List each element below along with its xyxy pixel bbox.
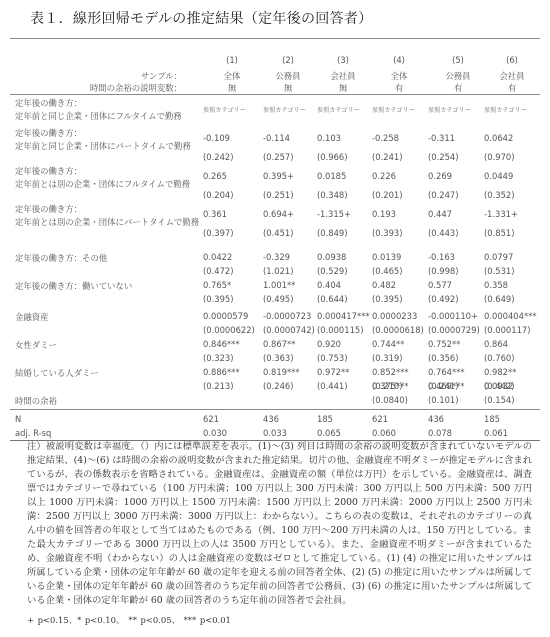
table-top-rule <box>10 38 540 39</box>
standard-error: (0.395) <box>203 294 234 304</box>
coefficient: -0.311 <box>428 133 455 143</box>
coefficient: 0.482 <box>372 280 396 290</box>
time-var-value: 有 <box>371 82 427 94</box>
coefficient: 0.765* <box>203 280 231 290</box>
coefficient: 0.852*** <box>372 367 409 377</box>
coefficient: 0.0185 <box>317 171 346 181</box>
column-number: (2) <box>260 55 316 65</box>
time-var-label: 時間の余裕の説明変数： <box>90 82 182 94</box>
coefficient: -0.163 <box>428 252 455 262</box>
row-label: 女性ダミー <box>15 339 57 351</box>
coefficient: 0.395+ <box>263 171 294 181</box>
standard-error: (0.356) <box>428 353 459 363</box>
stats-rule <box>10 409 540 410</box>
sample-label: サンプル： <box>141 70 182 82</box>
table-notes: 注）被説明変数は幸福度。（）内には標準誤差を表示。(1)～(3) 列目は時間の余… <box>27 440 532 608</box>
column-number: (4) <box>371 55 427 65</box>
standard-error: (0.0000622) <box>203 325 255 335</box>
standard-error: (0.529) <box>317 266 348 276</box>
column-number: (6) <box>484 55 540 65</box>
coefficient: 0.764*** <box>428 367 465 377</box>
standard-error: (0.649) <box>484 294 515 304</box>
row-label: 結婚している人ダミー <box>15 367 99 379</box>
standard-error: (1.021) <box>263 266 294 276</box>
standard-error: (0.257) <box>263 152 294 162</box>
row-sublabel: 定年前とは別の企業・団体にパートタイムで勤務 <box>15 216 199 228</box>
time-var-value: 有 <box>484 82 540 94</box>
coefficient: 0.000404*** <box>484 311 537 321</box>
standard-error: (0.201) <box>372 190 403 200</box>
standard-error: (0.323) <box>203 353 234 363</box>
n-value: 185 <box>317 414 333 424</box>
coefficient: 0.193 <box>372 209 396 219</box>
standard-error: (0.644) <box>317 294 348 304</box>
coefficient: 0.0449 <box>484 171 513 181</box>
standard-error: (0.966) <box>317 152 348 162</box>
r2-label: adj. R-sq <box>15 428 51 438</box>
sample-value: 公務員 <box>430 70 486 82</box>
standard-error: (0.0840) <box>372 395 408 405</box>
n-label: N <box>15 414 21 424</box>
standard-error: (0.204) <box>203 190 234 200</box>
standard-error: (0.441) <box>317 381 348 391</box>
time-var-value: 有 <box>430 82 486 94</box>
row-label: 時間の余裕 <box>15 395 57 407</box>
standard-error: (0.495) <box>263 294 294 304</box>
coefficient: -0.0000723 <box>263 311 311 321</box>
coefficient: 0.0000579 <box>203 311 248 321</box>
coefficient: -0.000110+ <box>428 311 478 321</box>
standard-error: (0.395) <box>372 294 403 304</box>
coefficient: 0.0797 <box>484 252 513 262</box>
coefficient: 0.404 <box>317 280 341 290</box>
standard-error: (0.760) <box>484 353 515 363</box>
coefficient: -0.258 <box>372 133 399 143</box>
coefficient: 0.0938 <box>317 252 346 262</box>
coefficient: 0.103 <box>317 133 341 143</box>
standard-error: (0.531) <box>484 266 515 276</box>
r2-value: 0.060 <box>372 428 396 438</box>
standard-error: (0.363) <box>263 353 294 363</box>
coefficient: 0.265 <box>203 171 227 181</box>
reference-category: 参照カテゴリー <box>372 105 415 114</box>
coefficient: 0.752** <box>428 339 460 349</box>
row-label: 定年後の働き方： <box>15 127 82 139</box>
standard-error: (0.348) <box>317 190 348 200</box>
standard-error: (0.0000729) <box>428 325 480 335</box>
standard-error: (0.154) <box>484 395 515 405</box>
coefficient: 0.694+ <box>263 209 294 219</box>
reference-category: 参照カテゴリー <box>484 105 527 114</box>
row-label: 金融資産 <box>15 311 49 323</box>
sample-value: 全体 <box>204 70 260 82</box>
coefficient: -0.109 <box>203 133 230 143</box>
coefficient: -0.114 <box>263 133 290 143</box>
sample-value: 会社員 <box>484 70 540 82</box>
standard-error: (0.254) <box>428 152 459 162</box>
reference-category: 参照カテゴリー <box>263 105 306 114</box>
coefficient: 0.0422 <box>203 252 232 262</box>
r2-value: 0.033 <box>263 428 287 438</box>
time-var-value: 無 <box>260 82 316 94</box>
standard-error: (0.319) <box>372 353 403 363</box>
coefficient: -1.315+ <box>317 209 351 219</box>
standard-error: (0.443) <box>428 228 459 238</box>
standard-error: (0.970) <box>484 152 515 162</box>
n-value: 436 <box>428 414 444 424</box>
row-label: 定年後の働き方：働いていない <box>15 280 132 292</box>
coefficient: 0.0932 <box>484 381 513 391</box>
standard-error: (0.851) <box>484 228 515 238</box>
coefficient: 0.867** <box>263 339 295 349</box>
reference-category: 参照カテゴリー <box>203 105 246 114</box>
n-value: 185 <box>484 414 500 424</box>
coefficient: 0.982** <box>484 367 516 377</box>
n-value: 621 <box>372 414 388 424</box>
sample-value: 会社員 <box>315 70 371 82</box>
standard-error: (0.451) <box>263 228 294 238</box>
n-value: 621 <box>203 414 219 424</box>
standard-error: (0.246) <box>263 381 294 391</box>
table-title: 表１．線形回帰モデルの推定結果（定年後の回答者） <box>30 8 373 28</box>
significance-legend: + p<0.15、* p<0.10、 ** p<0.05、 *** p<0.01 <box>27 614 231 626</box>
coefficient: 0.375*** <box>372 381 409 391</box>
coefficient: 0.577 <box>428 280 452 290</box>
coefficient: 0.744** <box>372 339 404 349</box>
row-label: 定年後の働き方： <box>15 165 82 177</box>
standard-error: (0.213) <box>203 381 234 391</box>
standard-error: (0.251) <box>263 190 294 200</box>
coefficient: 0.469*** <box>428 381 465 391</box>
coefficient: 1.001** <box>263 280 295 290</box>
row-label: 定年後の働き方： <box>15 97 82 109</box>
coefficient: 0.886*** <box>203 367 240 377</box>
r2-value: 0.065 <box>317 428 341 438</box>
standard-error: (0.0000618) <box>372 325 424 335</box>
coefficient: 0.269 <box>428 171 452 181</box>
column-number: (1) <box>204 55 260 65</box>
coefficient: 0.0139 <box>372 252 401 262</box>
standard-error: (0.753) <box>317 353 348 363</box>
time-var-value: 無 <box>315 82 371 94</box>
row-sublabel: 定年前とは別の企業・団体にフルタイムで勤務 <box>15 178 190 190</box>
row-label: 定年後の働き方： <box>15 203 82 215</box>
coefficient: 0.0642 <box>484 133 513 143</box>
r2-value: 0.030 <box>203 428 227 438</box>
standard-error: (0.492) <box>428 294 459 304</box>
r2-value: 0.078 <box>428 428 452 438</box>
header-rule <box>10 94 540 95</box>
sample-value: 公務員 <box>260 70 316 82</box>
r2-value: 0.061 <box>484 428 508 438</box>
coefficient: 0.361 <box>203 209 227 219</box>
coefficient: 0.864 <box>484 339 508 349</box>
standard-error: (0.000117) <box>484 325 531 335</box>
standard-error: (0.393) <box>372 228 403 238</box>
coefficient: 0.0000233 <box>372 311 417 321</box>
standard-error: (0.472) <box>203 266 234 276</box>
coefficient: 0.819*** <box>263 367 300 377</box>
standard-error: (0.0000742) <box>263 325 315 335</box>
standard-error: (0.849) <box>317 228 348 238</box>
coefficient: 0.000417*** <box>317 311 370 321</box>
coefficient: 0.972** <box>317 367 349 377</box>
coefficient: -0.329 <box>263 252 290 262</box>
standard-error: (0.247) <box>428 190 459 200</box>
n-value: 436 <box>263 414 279 424</box>
coefficient: -1.331+ <box>484 209 518 219</box>
row-label: 定年後の働き方：その他 <box>15 252 107 264</box>
coefficient: 0.920 <box>317 339 341 349</box>
reference-category: 参照カテゴリー <box>428 105 471 114</box>
column-number: (3) <box>315 55 371 65</box>
standard-error: (0.101) <box>428 395 459 405</box>
standard-error: (0.000115) <box>317 325 364 335</box>
standard-error: (0.242) <box>203 152 234 162</box>
row-sublabel: 定年前と同じ企業・団体にパートタイムで勤務 <box>15 140 191 152</box>
column-number: (5) <box>430 55 486 65</box>
reference-category: 参照カテゴリー <box>317 105 360 114</box>
standard-error: (0.465) <box>372 266 403 276</box>
coefficient: 0.846*** <box>203 339 240 349</box>
standard-error: (0.241) <box>372 152 403 162</box>
coefficient: 0.226 <box>372 171 396 181</box>
coefficient: 0.358 <box>484 280 508 290</box>
time-var-value: 無 <box>204 82 260 94</box>
standard-error: (0.397) <box>203 228 234 238</box>
standard-error: (0.352) <box>484 190 515 200</box>
row-sublabel: 定年前と同じ企業・団体にフルタイムで勤務 <box>15 110 182 122</box>
coefficient: 0.447 <box>428 209 452 219</box>
sample-value: 全体 <box>371 70 427 82</box>
standard-error: (0.998) <box>428 266 459 276</box>
notes-text: 注）被説明変数は幸福度。（）内には標準誤差を表示。(1)～(3) 列目は時間の余… <box>27 440 532 608</box>
